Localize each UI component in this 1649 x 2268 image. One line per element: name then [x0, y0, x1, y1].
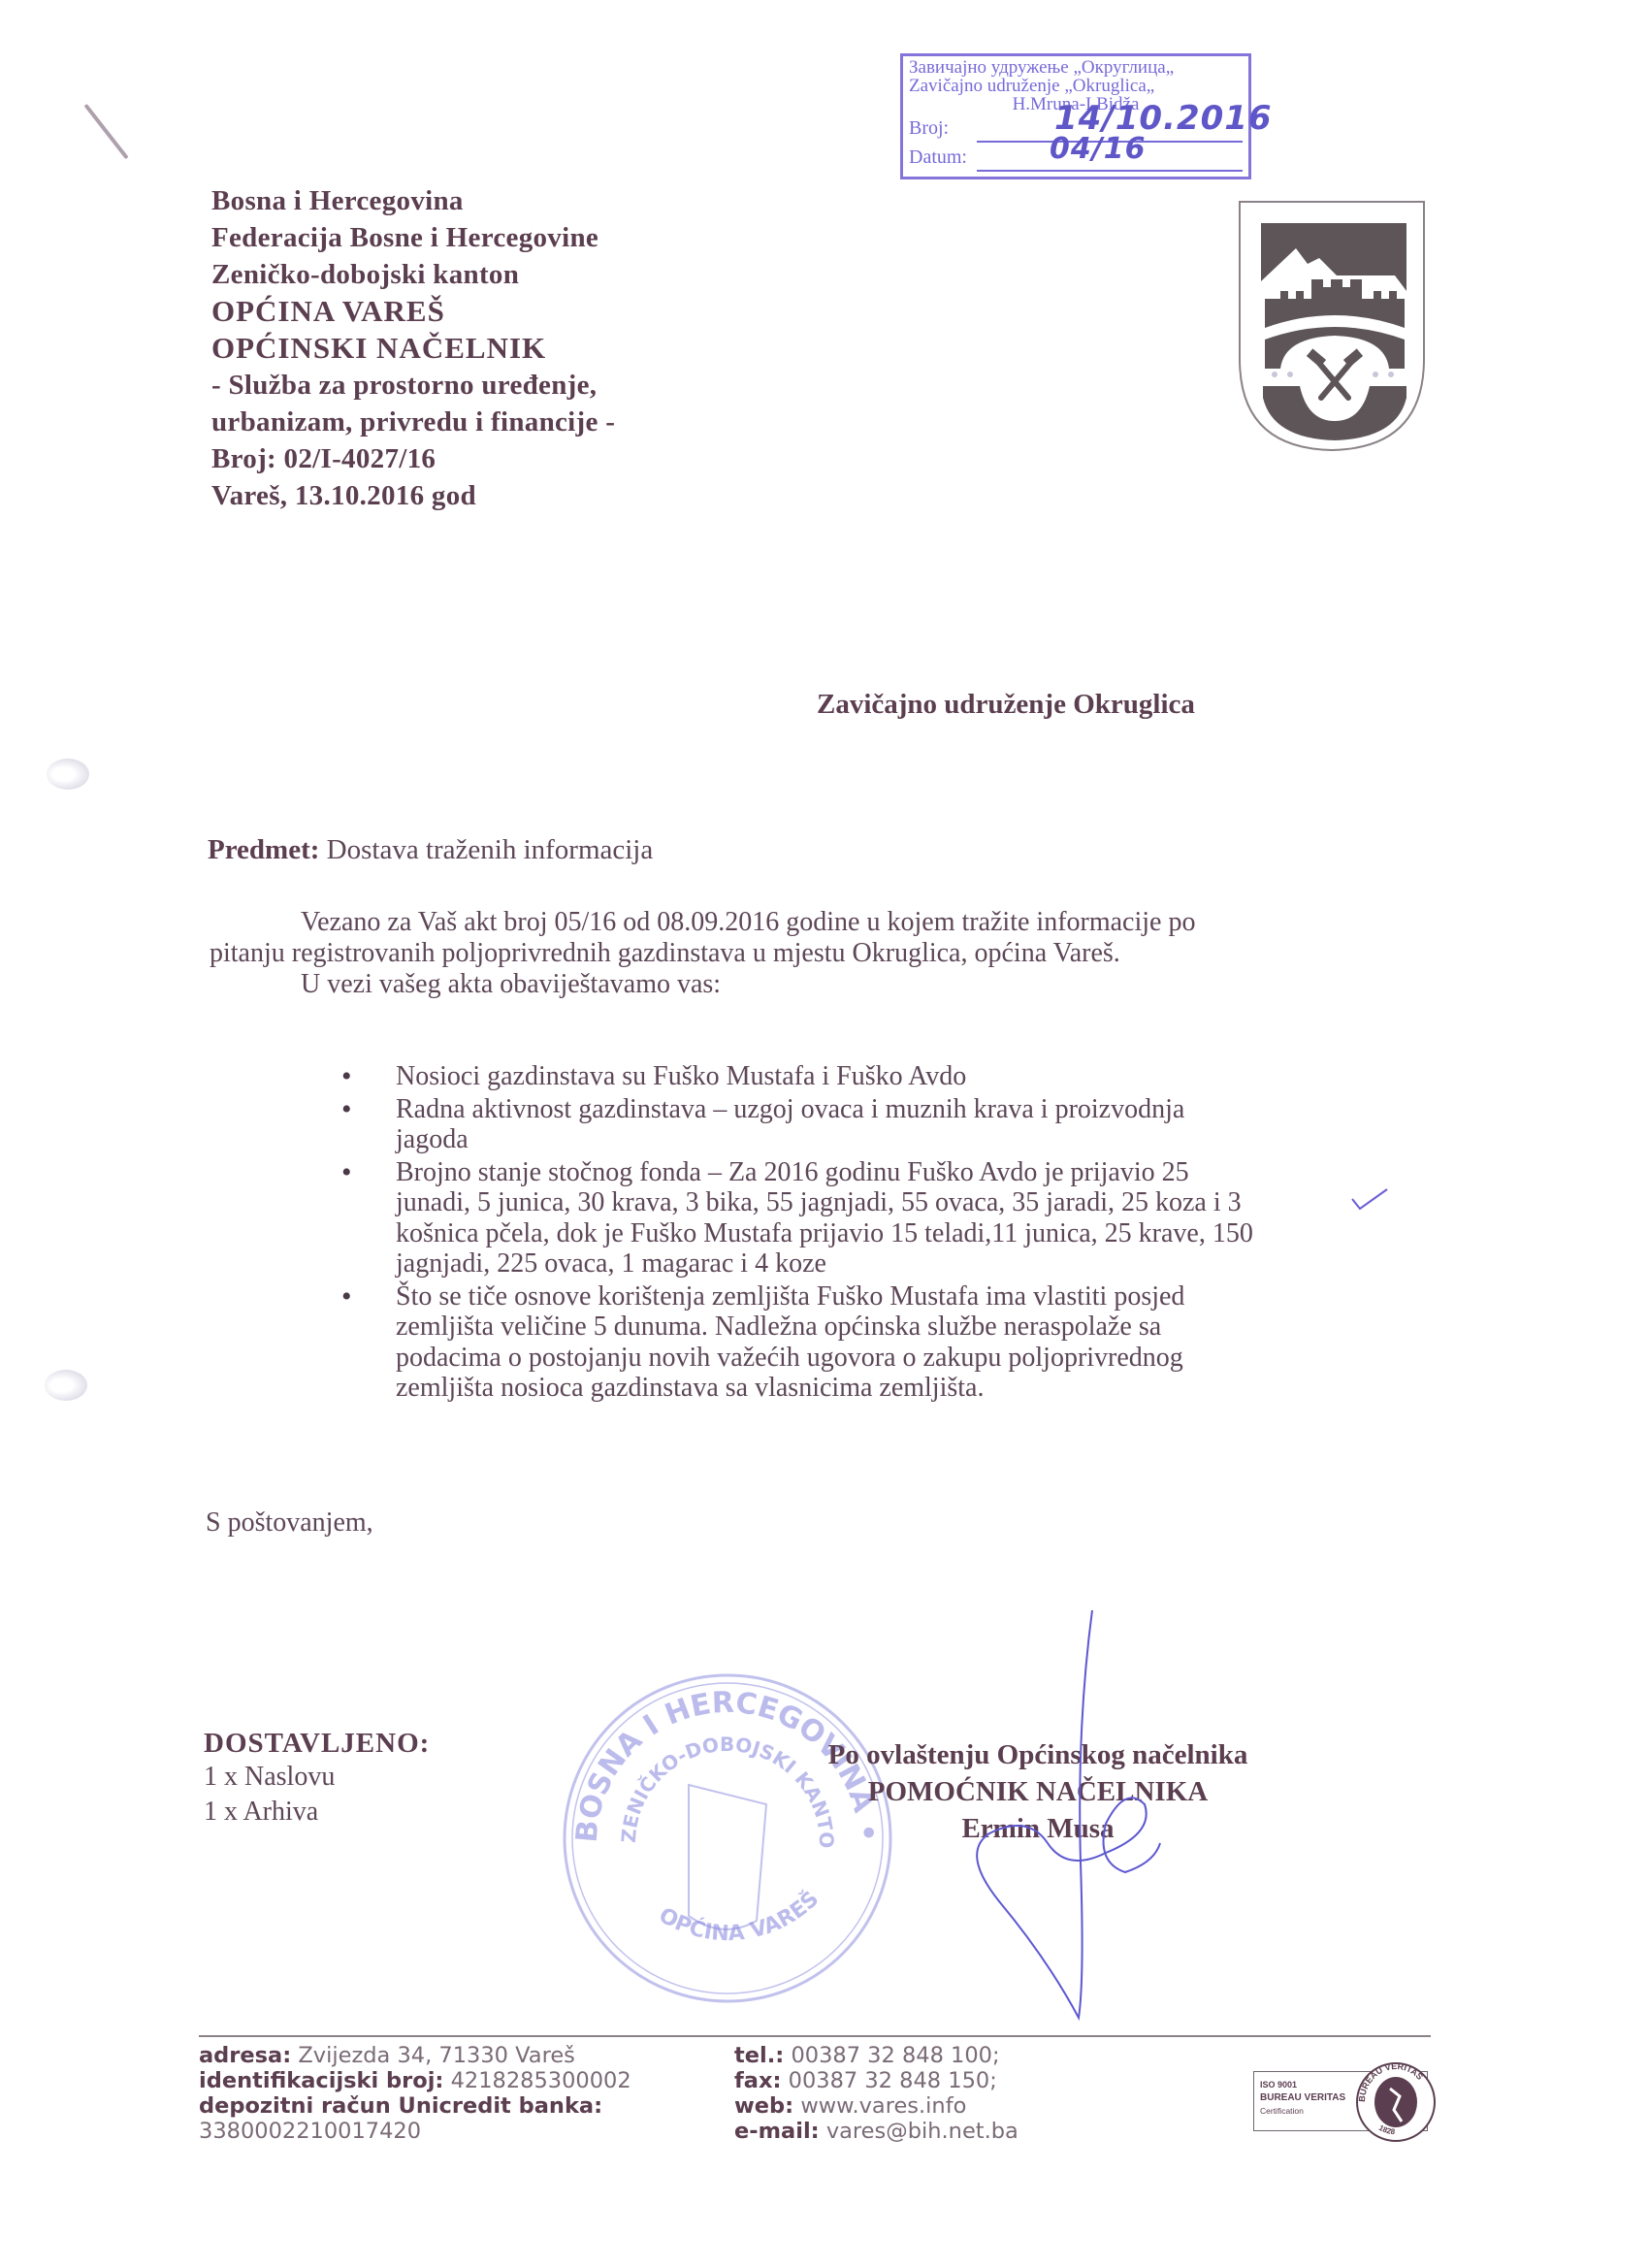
footer-fax: fax: 00387 32 848 150; [734, 2068, 1018, 2093]
subject-label: Predmet: [208, 834, 319, 865]
letterhead-service-2: urbanizam, privredu i financije - [211, 404, 615, 440]
stamp-datum-label: Datum: [909, 143, 977, 172]
letterhead-service-1: - Služba za prostorno uređenje, [211, 367, 615, 404]
received-stamp: Завичајно удружење „Округлица„ Zavičajno… [900, 53, 1251, 179]
body-paragraphs: Vezano za Vaš akt broj 05/16 od 08.09.20… [210, 907, 1432, 1000]
bullet-item-land: Što se tiče osnove korištenja zemljišta … [341, 1281, 1447, 1404]
letterhead-federation: Federacija Bosne i Hercegovine [211, 219, 615, 256]
distribution-list: DOSTAVLJENO: 1 x Naslovu 1 x Arhiva [204, 1727, 430, 1830]
scan-pen-mark [83, 104, 128, 160]
iso-certification-logo: ISO 9001 BUREAU VERITAS Certification BU… [1251, 2061, 1445, 2139]
website-link[interactable]: www.vares.info [800, 2093, 966, 2119]
handwritten-signature-icon [960, 1610, 1193, 2027]
letterhead: Bosna i Hercegovina Federacija Bosne i H… [211, 182, 615, 514]
punch-hole-icon [45, 1370, 87, 1401]
coat-of-arms-icon [1230, 194, 1434, 456]
document-number: Broj: 02/I-4027/16 [211, 440, 615, 477]
bureau-veritas-seal-icon: BUREAU VERITAS 1828 [1353, 2061, 1439, 2143]
bullet-item-holders: Nosioci gazdinstava su Fuško Mustafa i F… [341, 1061, 1447, 1092]
email-link[interactable]: vares@bih.net.ba [826, 2119, 1018, 2144]
footer-bank-account: 3380002210017420 [199, 2119, 631, 2144]
footer-address: adresa: Zvijezda 34, 71330 Vareš [199, 2043, 631, 2068]
subject-line: Predmet: Dostava traženih informacija [208, 834, 653, 866]
footer-divider [199, 2035, 1431, 2037]
stamp-broj-label: Broj: [909, 113, 977, 143]
body-paragraph-1-line-1: Vezano za Vaš akt broj 05/16 od 08.09.20… [210, 907, 1432, 938]
footer-id-number: identifikacijski broj: 4218285300002 [199, 2068, 631, 2093]
stamp-line-latin: Zavičajno udruženje „Okruglica„ [909, 77, 1243, 95]
distribution-item: 1 x Arhiva [204, 1795, 430, 1830]
footer-bank-label: depozitni račun Unicredit banka: [199, 2093, 631, 2119]
distribution-item: 1 x Naslovu [204, 1760, 430, 1795]
letterhead-canton: Zeničko-dobojski kanton [211, 256, 615, 293]
footer-phone: tel.: 00387 32 848 100; [734, 2043, 1018, 2068]
letterhead-municipality: OPĆINA VAREŠ [211, 293, 615, 330]
stamp-datum-handwritten: 04/16 [1050, 135, 1146, 164]
svg-text:OPĆINA VAREŠ: OPĆINA VAREŠ [655, 1886, 824, 1946]
stamp-broj-handwritten: 14/10.2016 [1054, 104, 1273, 133]
stamp-line-cyrillic: Завичајно удружење „Округлица„ [909, 58, 1243, 77]
seal-bottom-text: OPĆINA VAREŠ [655, 1886, 824, 1946]
footer-web: web: www.vares.info [734, 2093, 1018, 2119]
punch-hole-icon [47, 759, 89, 790]
footer-address-column: adresa: Zvijezda 34, 71330 Vareš identif… [199, 2043, 631, 2144]
subject-text: Dostava traženih informacija [327, 834, 654, 865]
closing-salutation: S poštovanjem, [206, 1507, 373, 1539]
body-paragraph-2: U vezi vašeg akta obaviještavamo vas: [210, 969, 1432, 1000]
bullet-item-livestock: Brojno stanje stočnog fonda – Za 2016 go… [341, 1157, 1447, 1280]
letterhead-country: Bosna i Hercegovina [211, 182, 615, 219]
checkmark-icon [1350, 1187, 1389, 1211]
letterhead-mayor: OPĆINSKI NAČELNIK [211, 330, 615, 367]
body-paragraph-1-line-2: pitanju registrovanih poljoprivrednih ga… [210, 938, 1432, 969]
document-date: Vareš, 13.10.2016 god [211, 477, 615, 514]
recipient: Zavičajno udruženje Okruglica [817, 689, 1195, 721]
info-bullet-list: Nosioci gazdinstava su Fuško Mustafa i F… [341, 1061, 1447, 1406]
footer-contact-column: tel.: 00387 32 848 100; fax: 00387 32 84… [734, 2043, 1018, 2144]
footer-email: e-mail: vares@bih.net.ba [734, 2119, 1018, 2144]
stamp-datum-field: Datum: 04/16 [909, 143, 1243, 172]
distribution-title: DOSTAVLJENO: [204, 1727, 430, 1760]
bullet-item-activity: Radna aktivnost gazdinstava – uzgoj ovac… [341, 1094, 1447, 1155]
